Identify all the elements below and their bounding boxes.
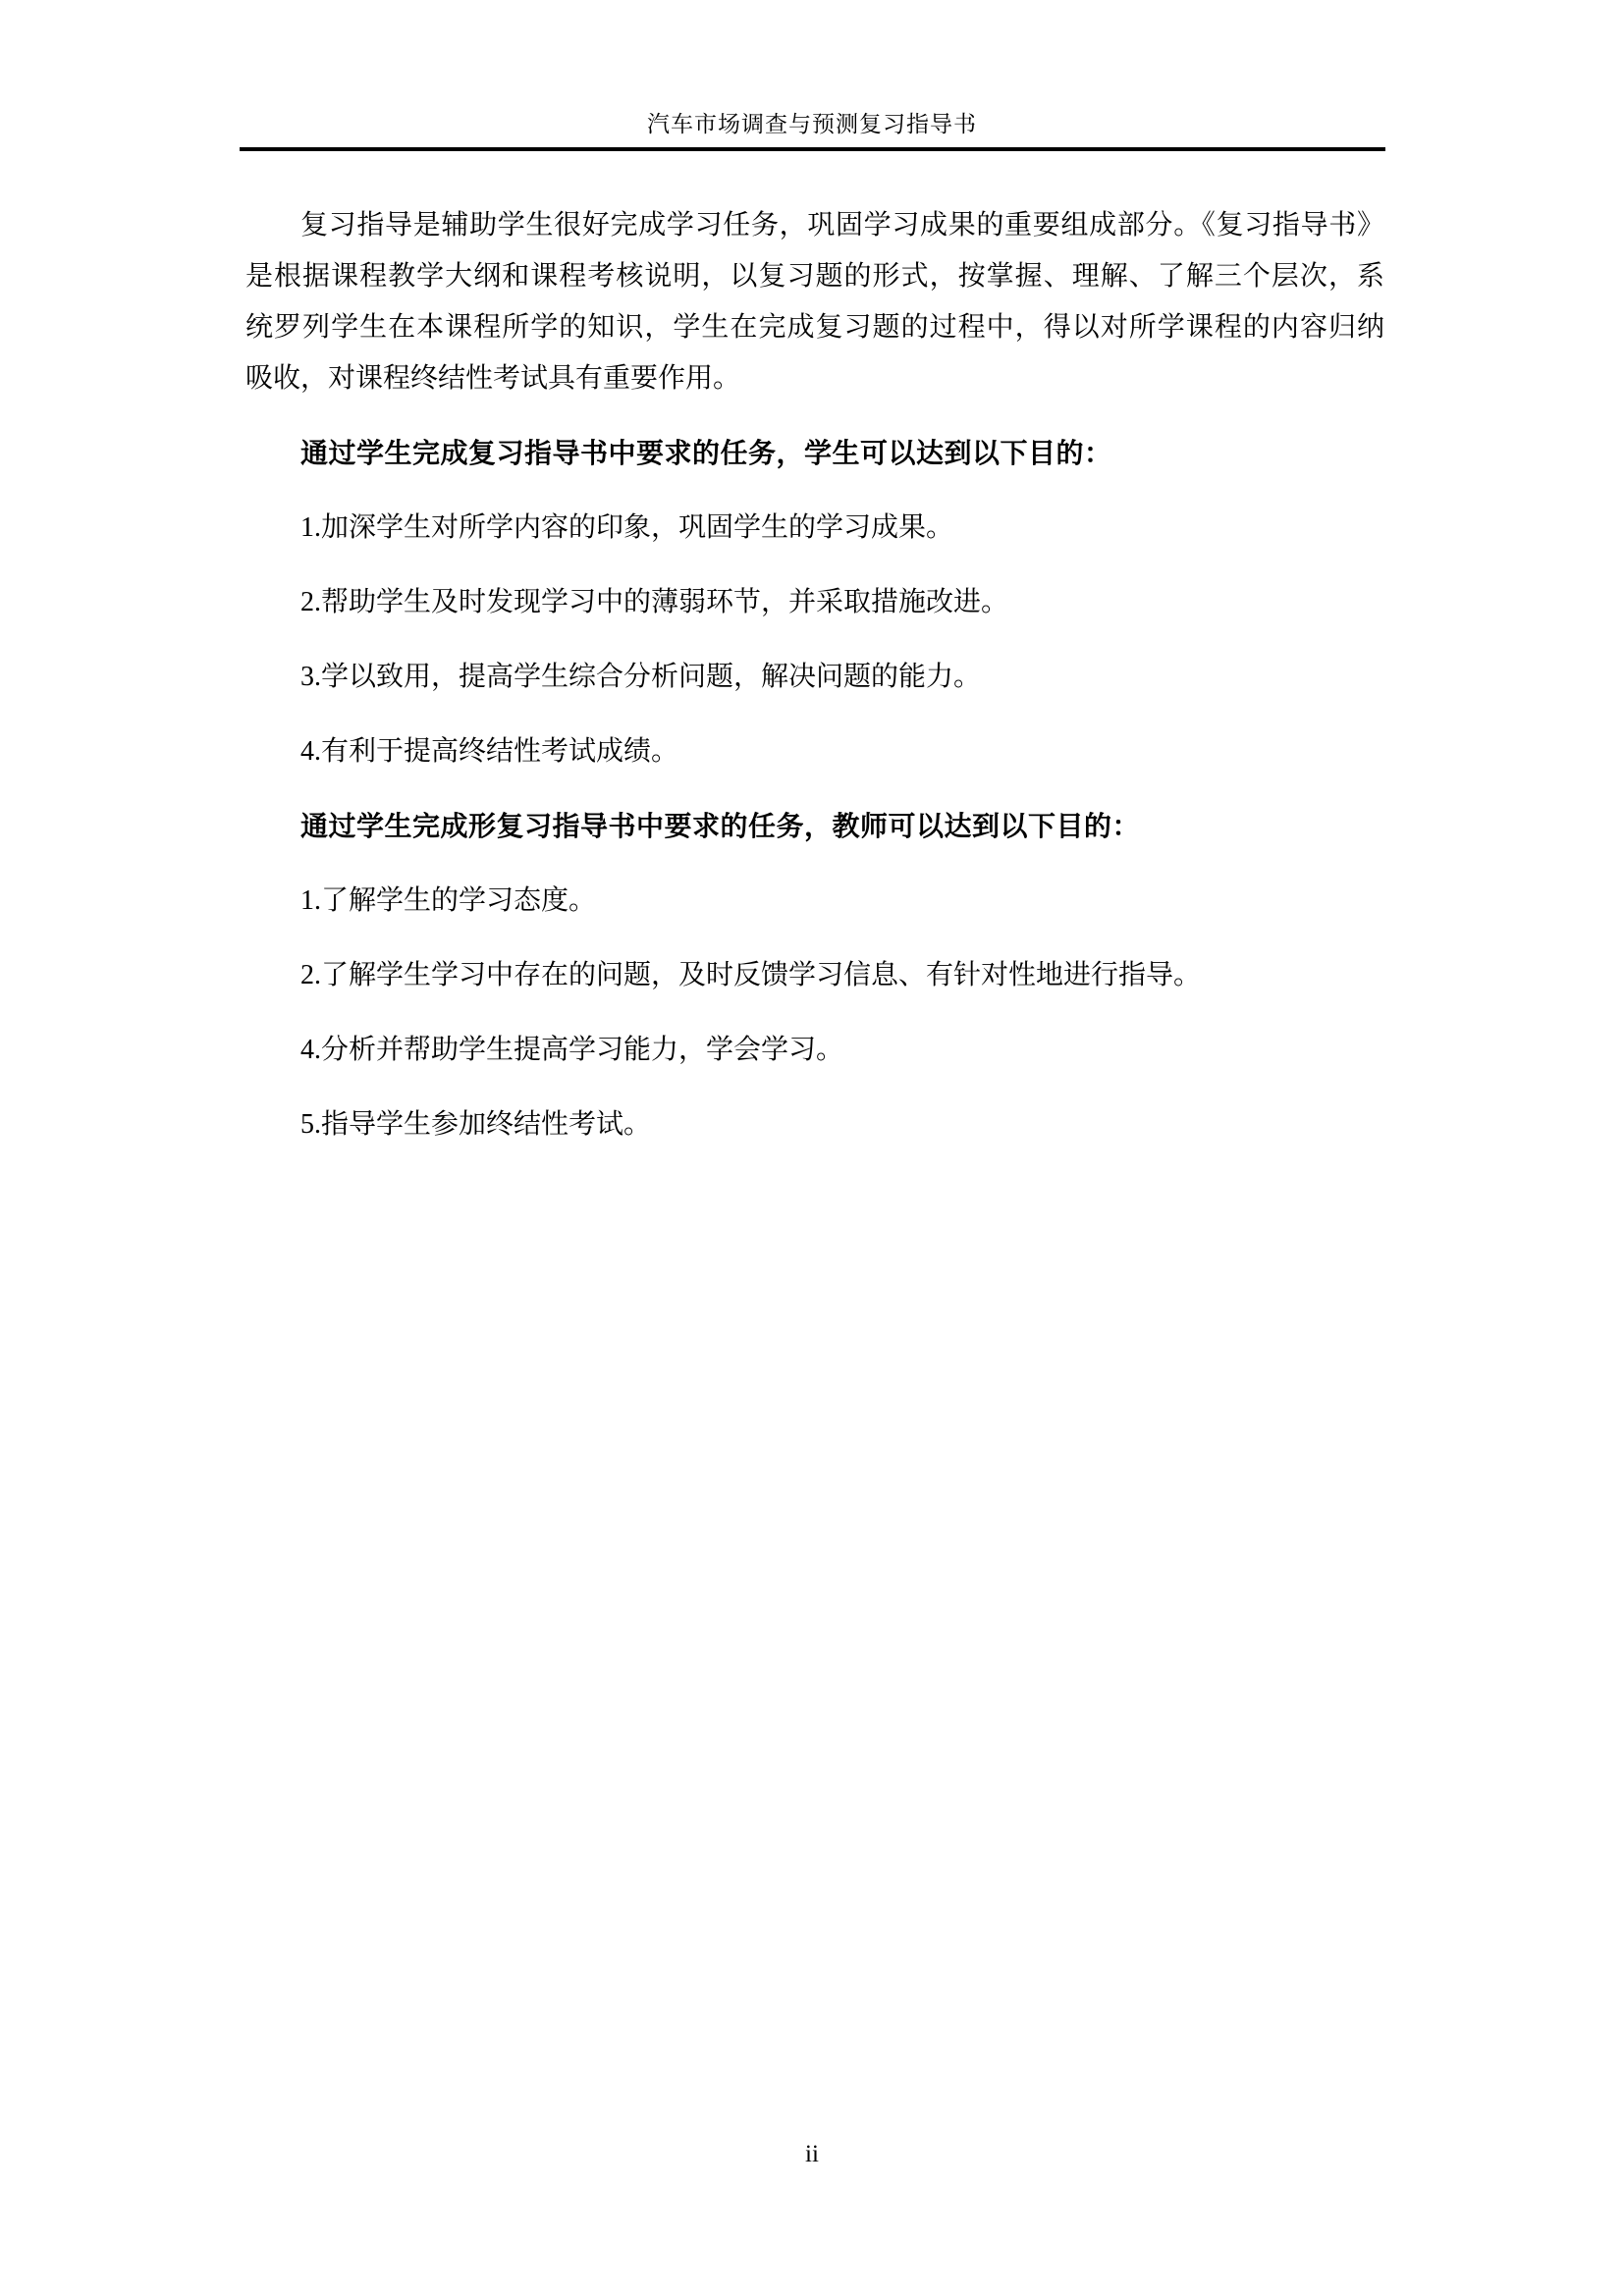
intro-line: 统罗列学生在本课程所学的知识，学生在完成复习题的过程中，得以对所学课程的内容归纳	[245, 302, 1384, 353]
page-header: 汽车市场调查与预测复习指导书	[0, 0, 1624, 151]
list-item: 2.帮助学生及时发现学习中的薄弱环节，并采取措施改进。	[245, 577, 1384, 628]
intro-line: 是根据课程教学大纲和课程考核说明，以复习题的形式，按掌握、理解、了解三个层次，系	[245, 251, 1384, 302]
list-item: 1.了解学生的学习态度。	[245, 876, 1384, 927]
list-item: 2.了解学生学习中存在的问题，及时反馈学习信息、有针对性地进行指导。	[245, 950, 1384, 1001]
section-heading-teachers: 通过学生完成形复习指导书中要求的任务，教师可以达到以下目的：	[245, 801, 1384, 852]
page-number: ii	[0, 2140, 1624, 2169]
intro-line: 吸收，对课程终结性考试具有重要作用。	[245, 353, 1384, 404]
header-title: 汽车市场调查与预测复习指导书	[0, 110, 1624, 139]
document-page: 汽车市场调查与预测复习指导书 复习指导是辅助学生很好完成学习任务，巩固学习成果的…	[0, 0, 1624, 2296]
list-item: 4.分析并帮助学生提高学习能力，学会学习。	[245, 1025, 1384, 1076]
intro-paragraph: 复习指导是辅助学生很好完成学习任务，巩固学习成果的重要组成部分。《复习指导书》 …	[245, 200, 1384, 404]
list-item: 1.加深学生对所学内容的印象，巩固学生的学习成果。	[245, 503, 1384, 554]
list-item: 3.学以致用，提高学生综合分析问题，解决问题的能力。	[245, 652, 1384, 703]
intro-line: 复习指导是辅助学生很好完成学习任务，巩固学习成果的重要组成部分。《复习指导书》	[245, 200, 1384, 251]
header-rule	[240, 147, 1385, 151]
document-body: 复习指导是辅助学生很好完成学习任务，巩固学习成果的重要组成部分。《复习指导书》 …	[245, 200, 1384, 1150]
list-item: 4.有利于提高终结性考试成绩。	[245, 726, 1384, 777]
section-heading-students: 通过学生完成复习指导书中要求的任务，学生可以达到以下目的：	[245, 428, 1384, 479]
list-item: 5.指导学生参加终结性考试。	[245, 1099, 1384, 1150]
